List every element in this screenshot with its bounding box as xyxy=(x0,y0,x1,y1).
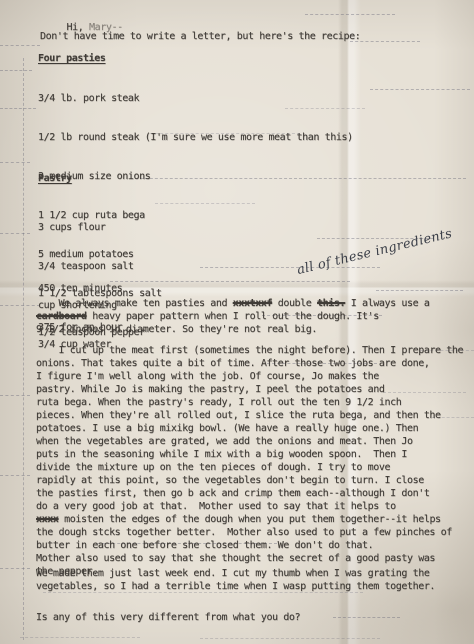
pastry-heading: Pastry xyxy=(38,172,72,185)
show-through-dash xyxy=(0,162,30,163)
show-through-dash xyxy=(370,89,470,90)
show-through-dash xyxy=(0,475,30,476)
ingredient-line: 1/2 lb round steak (I'm sure we use more… xyxy=(38,131,353,144)
show-through-dash xyxy=(0,233,30,234)
show-through-vline xyxy=(23,58,24,640)
show-through-dash xyxy=(350,41,420,42)
strikethrough-text: xxxx xyxy=(36,514,58,525)
paragraph-text: I always use a xyxy=(345,298,429,309)
ingredient-line: 3/4 lb. pork steak xyxy=(38,92,353,105)
show-through-dash xyxy=(0,45,40,46)
intro-line: Don't have time to write a letter, but h… xyxy=(40,30,360,43)
show-through-dash xyxy=(0,568,30,569)
strikethrough-text: xxxtxxf xyxy=(233,298,272,309)
ingredient-line: 2 medium size onions xyxy=(38,170,353,183)
paragraph-text: I cut up the meat first (sometimes the n… xyxy=(36,345,463,512)
show-through-dash xyxy=(200,638,380,639)
filling-heading: Four pasties xyxy=(38,52,105,65)
strikethrough-text: cardboard xyxy=(36,311,87,322)
show-through-dash xyxy=(305,14,395,15)
ingredient-line: 3 cups flour xyxy=(38,221,134,234)
show-through-dash xyxy=(0,305,40,306)
strikethrough-text: this. xyxy=(317,298,345,309)
paragraph-text: heavy paper pattern when I roll out the … xyxy=(87,311,379,322)
paragraph-text: double xyxy=(272,298,317,309)
paragraph-process: I cut up the meat first (sometimes the n… xyxy=(36,331,463,591)
closing-question: Is any of this very different from what … xyxy=(36,611,300,624)
paragraph-weekend: We made them just last week end. I cut m… xyxy=(36,567,435,593)
show-through-dash xyxy=(0,70,32,71)
paragraph-text: We always make ten pasties and xyxy=(58,298,232,309)
letter-photo: Hi, Mary-- Don't have time to write a le… xyxy=(0,0,474,644)
show-through-dash xyxy=(333,617,400,618)
show-through-dash xyxy=(20,637,140,638)
show-through-dash xyxy=(0,395,30,396)
show-through-dash xyxy=(0,108,36,109)
